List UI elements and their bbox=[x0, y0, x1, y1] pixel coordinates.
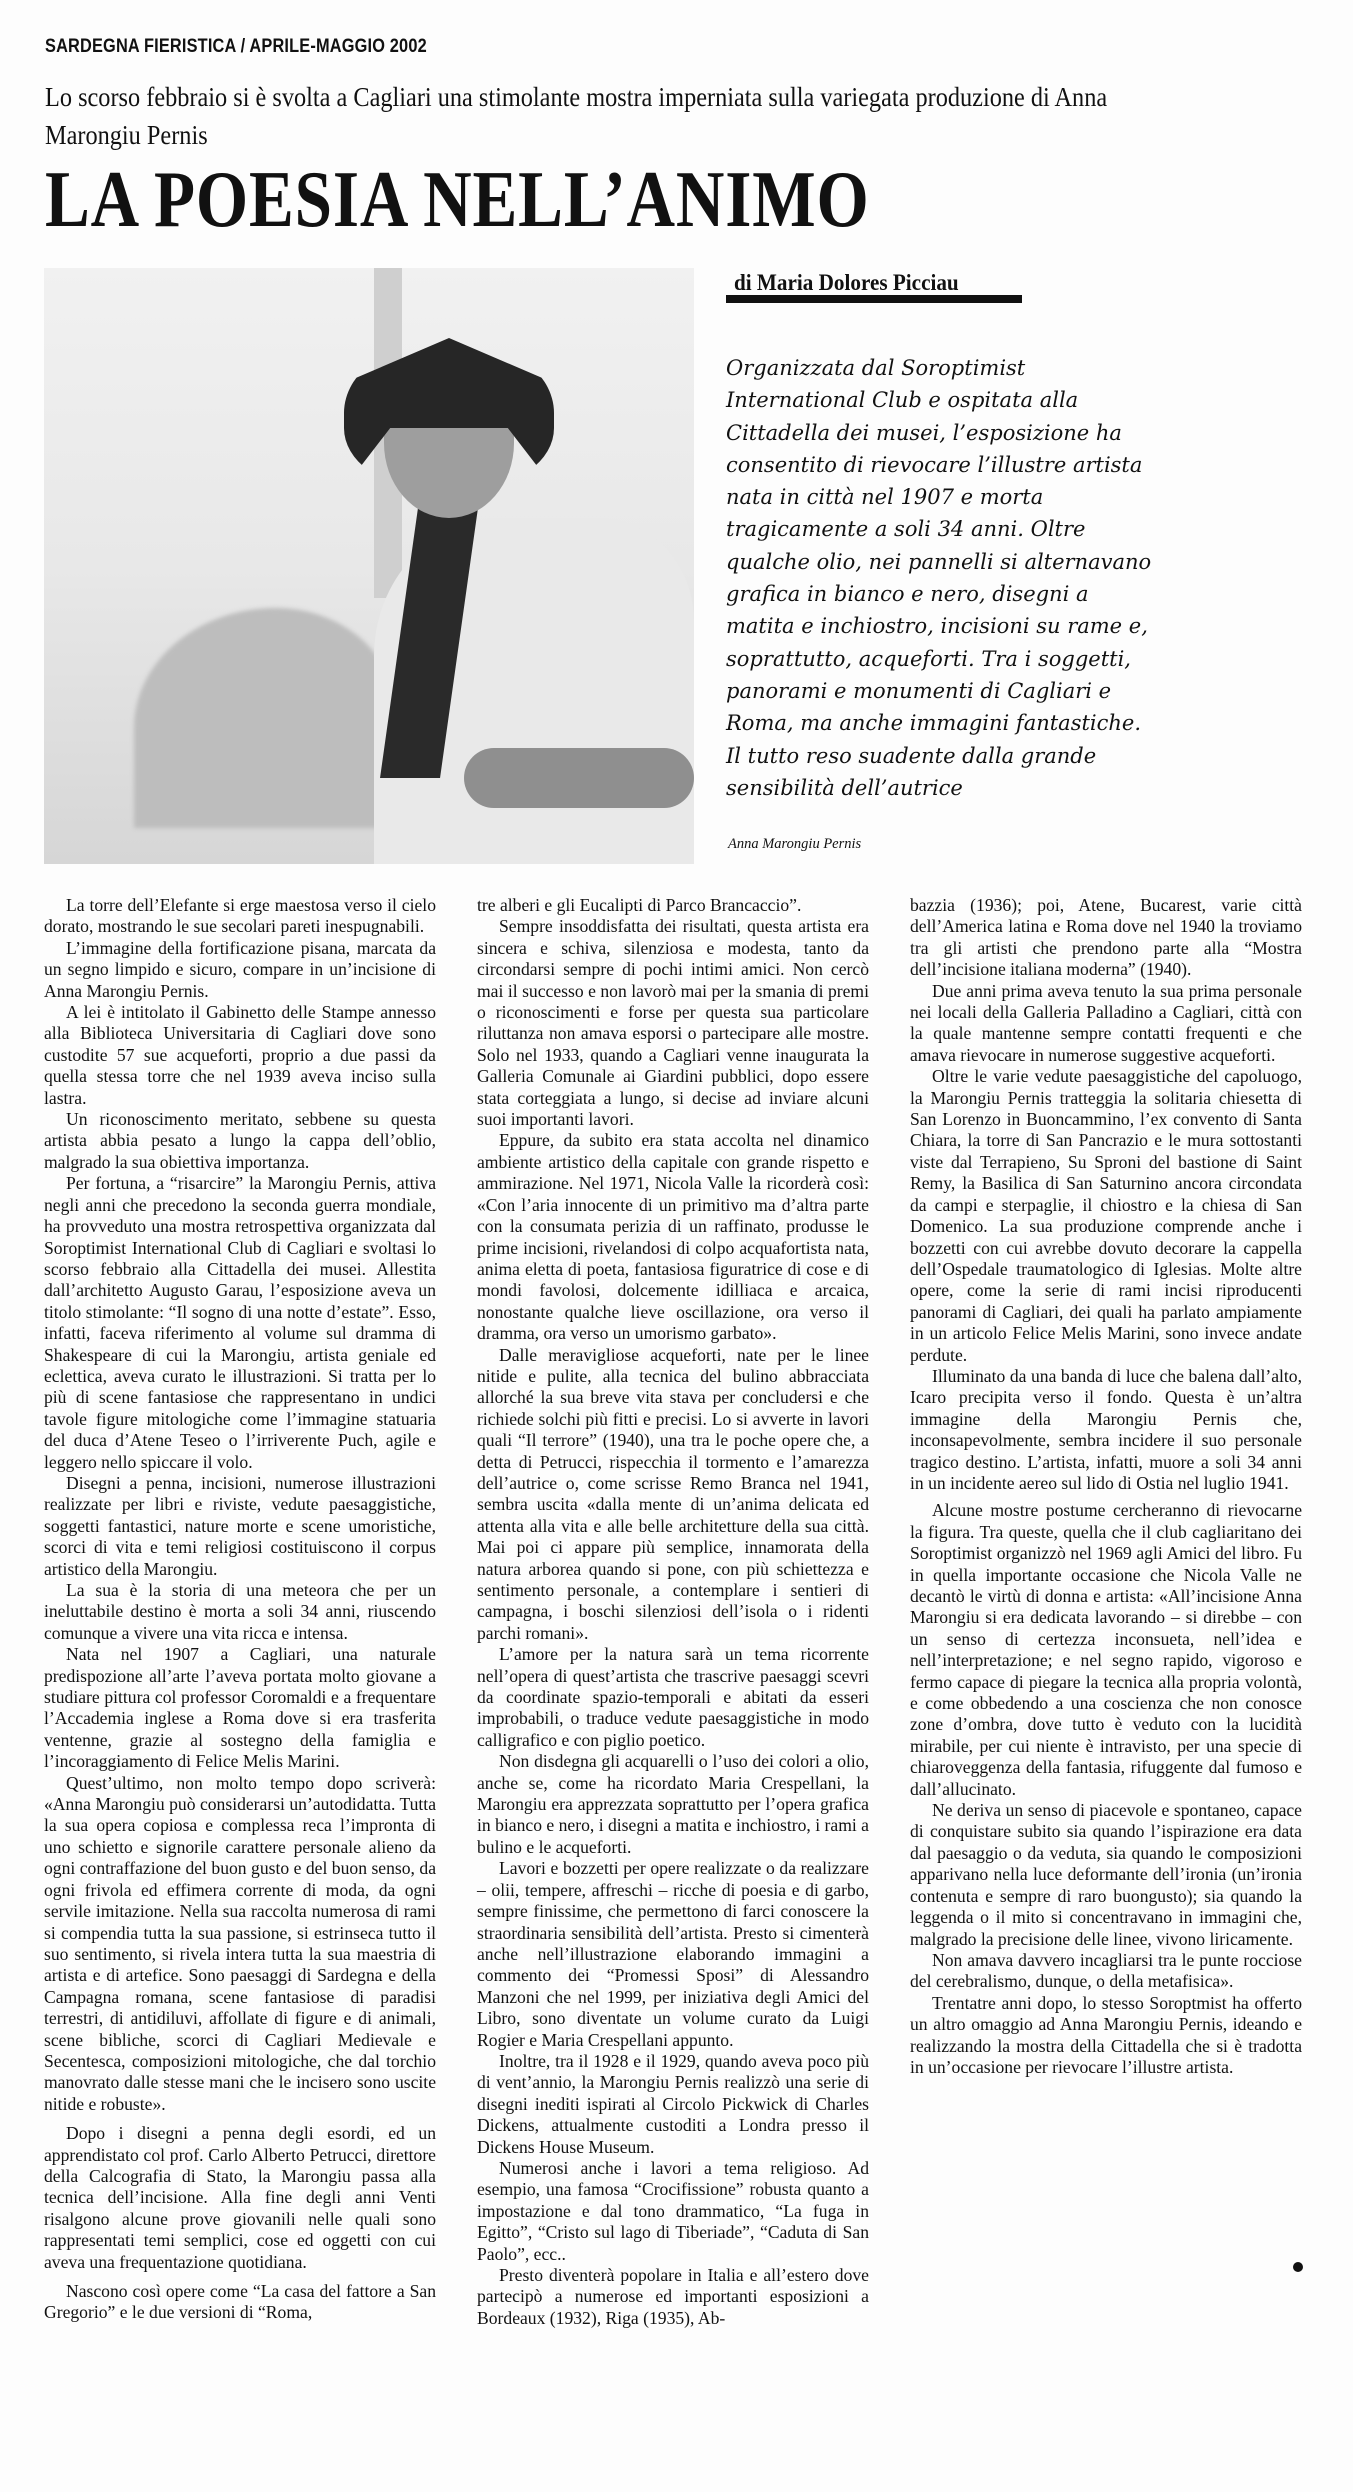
paragraph: Ne deriva un senso di piacevole e sponta… bbox=[910, 1800, 1302, 1950]
byline-rule bbox=[726, 295, 1022, 303]
body-column-2: tre alberi e gli Eucalipti di Parco Bran… bbox=[477, 895, 869, 2329]
paragraph: Un riconoscimento meritato, sebbene su q… bbox=[44, 1109, 436, 1173]
paragraph: Inoltre, tra il 1928 e il 1929, quando a… bbox=[477, 2051, 869, 2158]
paragraph: Dopo i disegni a penna degli esordi, ed … bbox=[44, 2123, 436, 2273]
paragraph: Sempre insoddisfatta dei risultati, ques… bbox=[477, 916, 869, 1130]
standfirst: Organizzata dal Soroptimist Internationa… bbox=[726, 352, 1156, 804]
photo-caption: Anna Marongiu Pernis bbox=[728, 836, 861, 853]
paragraph: Eppure, da subito era stata accolta nel … bbox=[477, 1130, 869, 1344]
byline: di Maria Dolores Picciau bbox=[734, 270, 959, 296]
paragraph: Presto diventerà popolare in Italia e al… bbox=[477, 2265, 869, 2329]
paragraph: Nata nel 1907 a Cagliari, una naturale p… bbox=[44, 1644, 436, 1772]
paragraph: Non amava davvero incagliarsi tra le pun… bbox=[910, 1950, 1302, 1993]
paragraph: Due anni prima aveva tenuto la sua prima… bbox=[910, 981, 1302, 1067]
paragraph: Oltre le varie vedute paesaggistiche del… bbox=[910, 1066, 1302, 1366]
paragraph: Per fortuna, a “risarcire” la Marongiu P… bbox=[44, 1173, 436, 1473]
paragraph: Quest’ultimo, non molto tempo dopo scriv… bbox=[44, 1773, 436, 2116]
running-head: SARDEGNA FIERISTICA / APRILE-MAGGIO 2002 bbox=[45, 36, 427, 58]
body-column-3: bazzia (1936); poi, Atene, Bucarest, var… bbox=[910, 895, 1302, 2078]
paragraph: La sua è la storia di una meteora che pe… bbox=[44, 1580, 436, 1644]
paragraph: L’amore per la natura sarà un tema ricor… bbox=[477, 1644, 869, 1751]
photo-hill bbox=[134, 608, 394, 828]
paragraph: Disegni a penna, incisioni, numerose ill… bbox=[44, 1473, 436, 1580]
paragraph: Alcune mostre postume cercheranno di rie… bbox=[910, 1500, 1302, 1800]
photo-figure-arm bbox=[464, 748, 694, 808]
paragraph: Numerosi anche i lavori a tema religioso… bbox=[477, 2158, 869, 2265]
paragraph: Trentatre anni dopo, lo stesso Soroptmis… bbox=[910, 1993, 1302, 2079]
paragraph: A lei è intitolato il Gabinetto delle St… bbox=[44, 1002, 436, 1109]
portrait-photo-icon bbox=[44, 268, 694, 864]
paragraph: Illuminato da una banda di luce che bale… bbox=[910, 1366, 1302, 1494]
paragraph: Lavori e bozzetti per opere realizzate o… bbox=[477, 1858, 869, 2051]
paragraph: L’immagine della fortificazione pisana, … bbox=[44, 938, 436, 1002]
body-column-1: La torre dell’Elefante si erge maestosa … bbox=[44, 895, 436, 2324]
end-of-article-bullet-icon bbox=[1293, 2262, 1303, 2272]
paragraph: tre alberi e gli Eucalipti di Parco Bran… bbox=[477, 895, 869, 916]
paragraph: Nascono così opere come “La casa del fat… bbox=[44, 2281, 436, 2324]
paragraph: Non disdegna gli acquarelli o l’uso dei … bbox=[477, 1751, 869, 1858]
paragraph: La torre dell’Elefante si erge maestosa … bbox=[44, 895, 436, 938]
newspaper-page: SARDEGNA FIERISTICA / APRILE-MAGGIO 2002… bbox=[0, 0, 1353, 2492]
kicker: Lo scorso febbraio si è svolta a Cagliar… bbox=[45, 78, 1125, 154]
paragraph: Dalle meravigliose acqueforti, nate per … bbox=[477, 1345, 869, 1645]
headline: LA POESIA NELL’ANIMO bbox=[45, 160, 870, 240]
paragraph: bazzia (1936); poi, Atene, Bucarest, var… bbox=[910, 895, 1302, 981]
